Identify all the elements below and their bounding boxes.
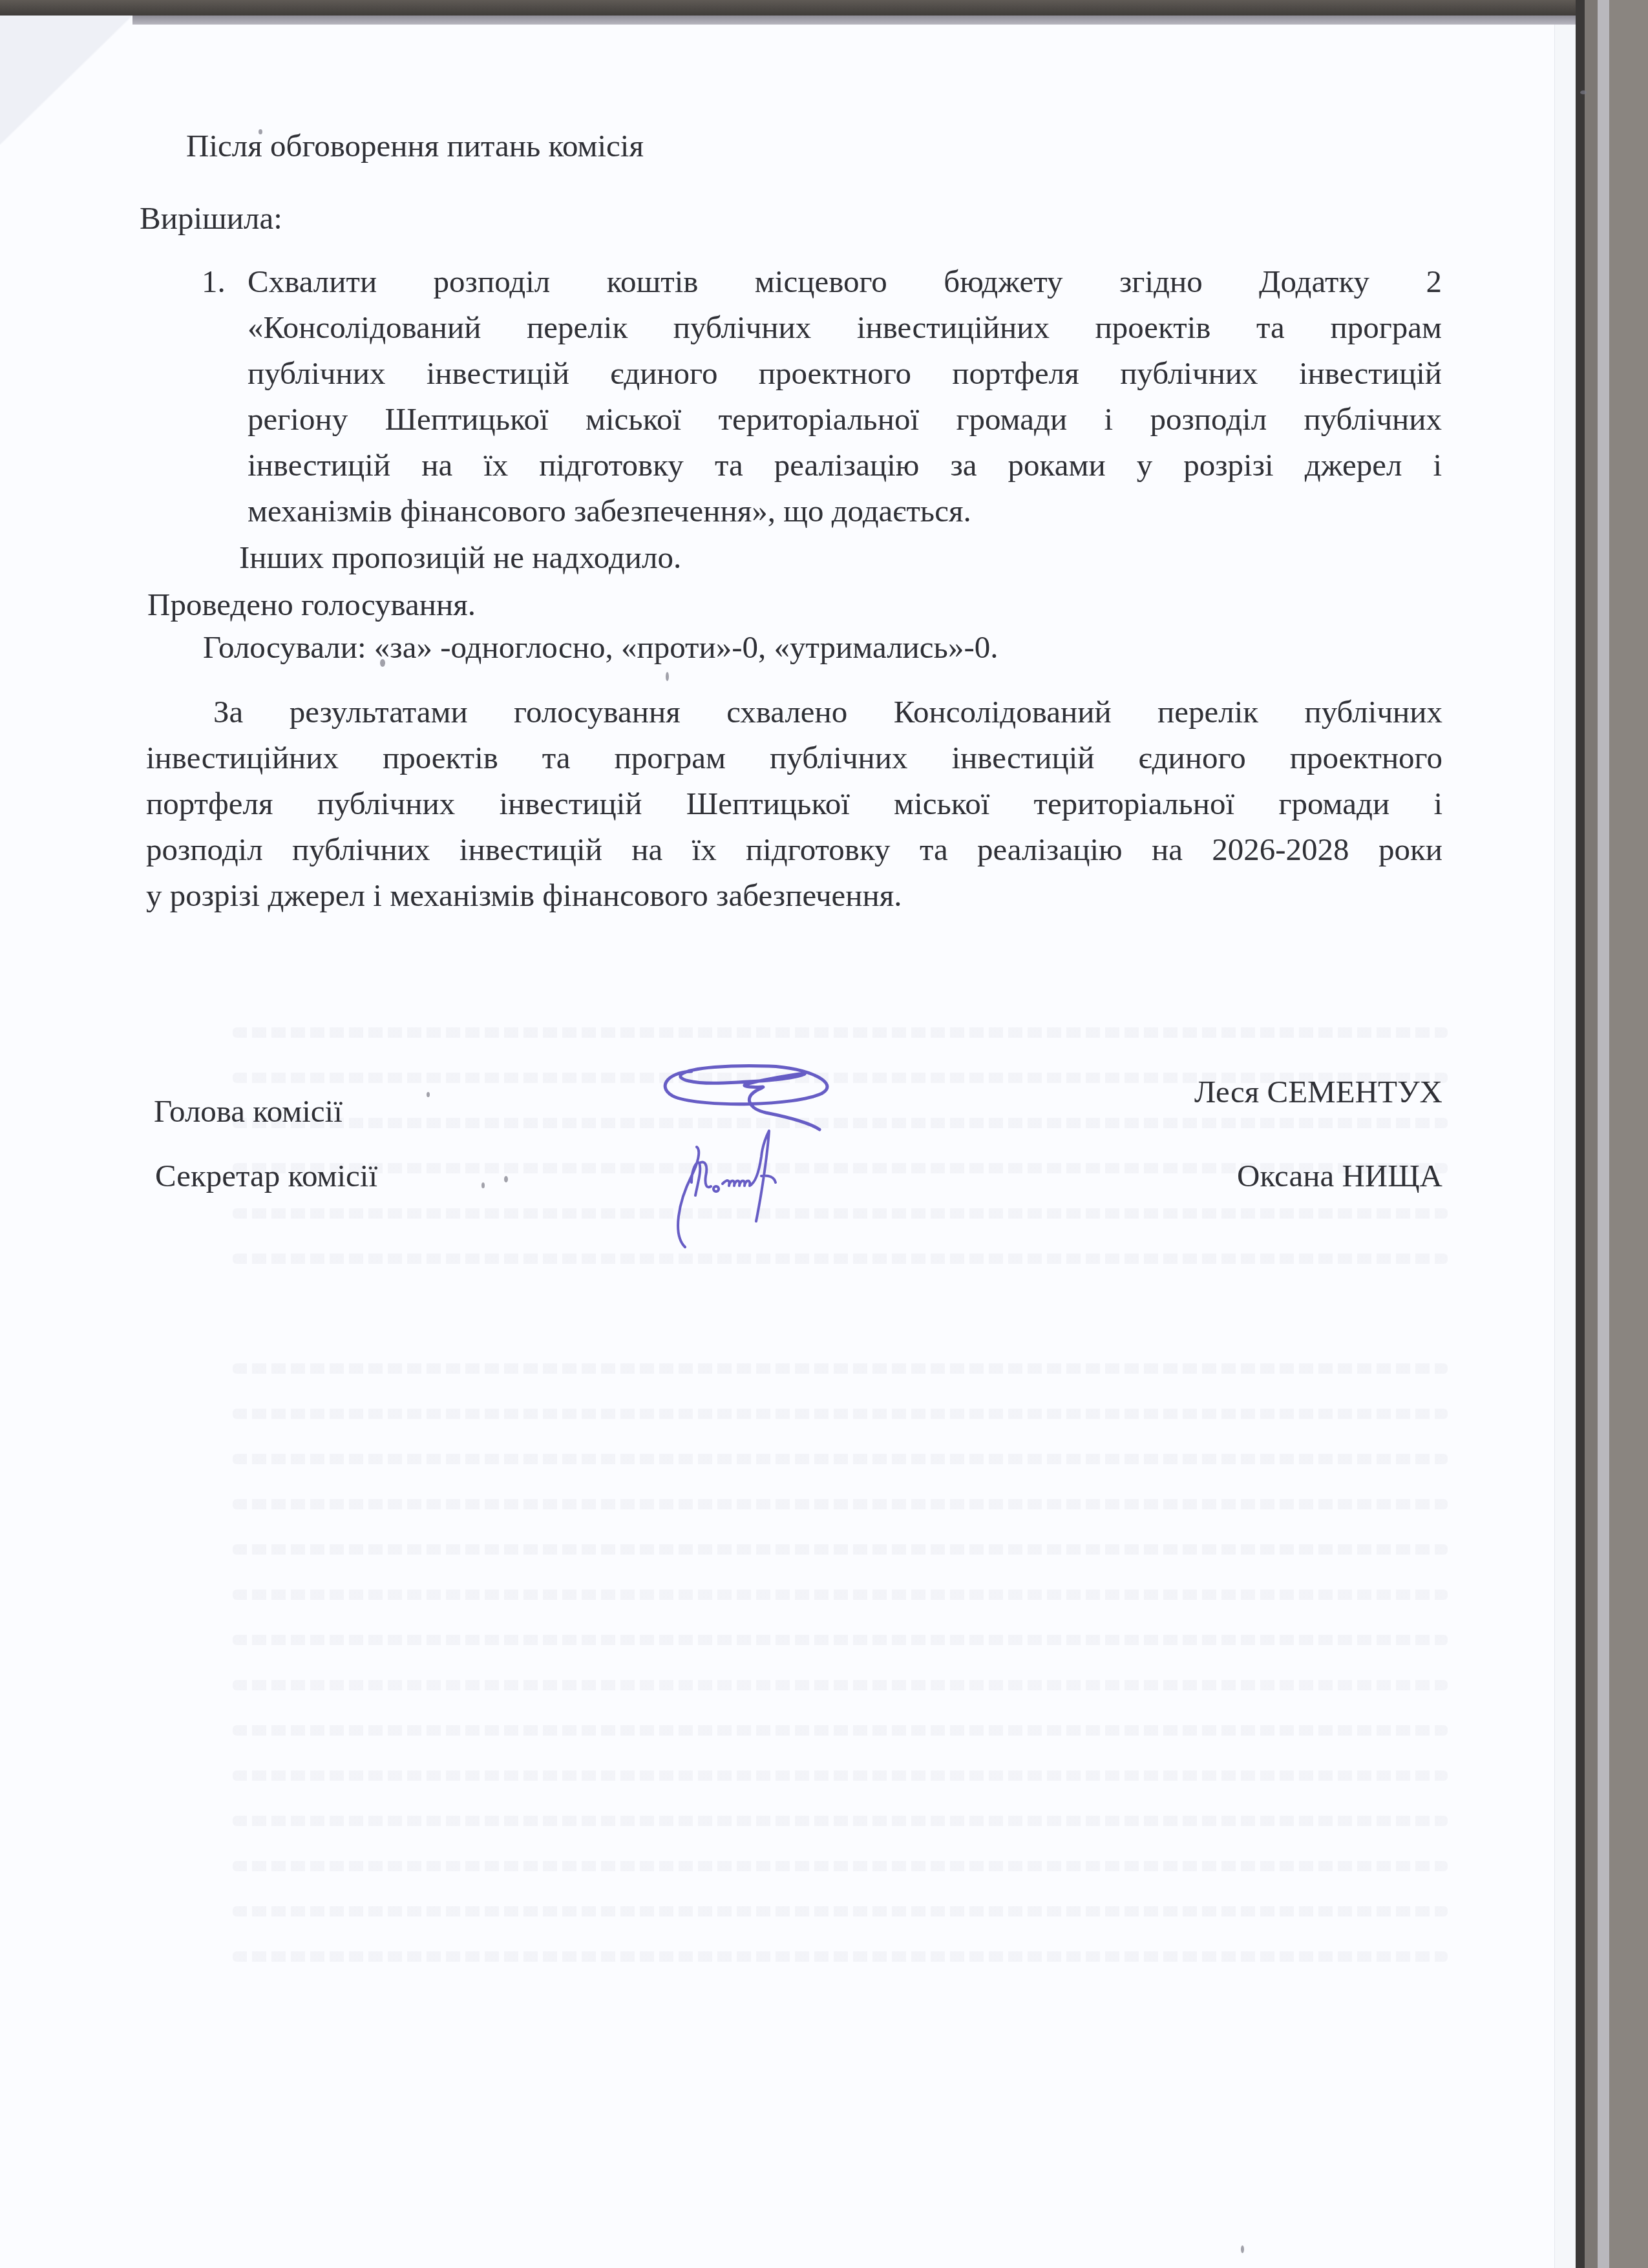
secretary-role: Секретар комісії: [155, 1157, 377, 1195]
scanner-right-border: [1576, 0, 1648, 2268]
decision-line: публічних інвестицій єдиного проектного …: [248, 350, 1442, 396]
paper-fold-corner: [0, 16, 132, 145]
secretary-signature-icon: [646, 1124, 860, 1254]
conclusion-line: портфеля публічних інвестицій Шептицької…: [146, 781, 1442, 826]
intro-text: Після обговорення питань комісія: [186, 127, 644, 165]
vote-held: Проведено голосування.: [147, 585, 476, 624]
decision-line: «Консолідований перелік публічних інвест…: [248, 304, 1442, 350]
conclusion-paragraph: За результатами голосування схвалено Кон…: [146, 689, 1442, 918]
decision-line: Схвалити розподіл коштів місцевого бюдже…: [248, 258, 1442, 304]
decision-line: регіону Шептицької міської територіально…: [248, 396, 1442, 442]
chair-name: Леся СЕМЕНТУХ: [1194, 1073, 1442, 1111]
chair-role: Голова комісії: [154, 1092, 343, 1131]
no-other-proposals: Інших пропозицій не надходило.: [239, 538, 681, 577]
conclusion-line: За результатами голосування схвалено Кон…: [146, 689, 1442, 735]
scanner-top-border: [0, 0, 1648, 16]
decision-text: Схвалити розподіл коштів місцевого бюдже…: [248, 258, 1442, 534]
vote-result: Голосували: «за» -одноглосно, «проти»-0,…: [203, 628, 998, 667]
paper-top-edge: [132, 16, 1576, 25]
decision-line: інвестицій на їх підготовку та реалізаці…: [248, 442, 1442, 488]
decision-number: 1.: [202, 262, 226, 301]
conclusion-line: розподіл публічних інвестицій на їх підг…: [146, 826, 1442, 872]
conclusion-line: у розрізі джерел і механізмів фінансовог…: [146, 872, 1442, 918]
decided-label: Вирішила:: [140, 199, 282, 238]
conclusion-line: інвестиційних проектів та програм публіч…: [146, 735, 1442, 781]
secretary-name: Оксана НИЩА: [1237, 1157, 1442, 1195]
decision-line: механізмів фінансового забезпечення», що…: [248, 488, 1442, 534]
